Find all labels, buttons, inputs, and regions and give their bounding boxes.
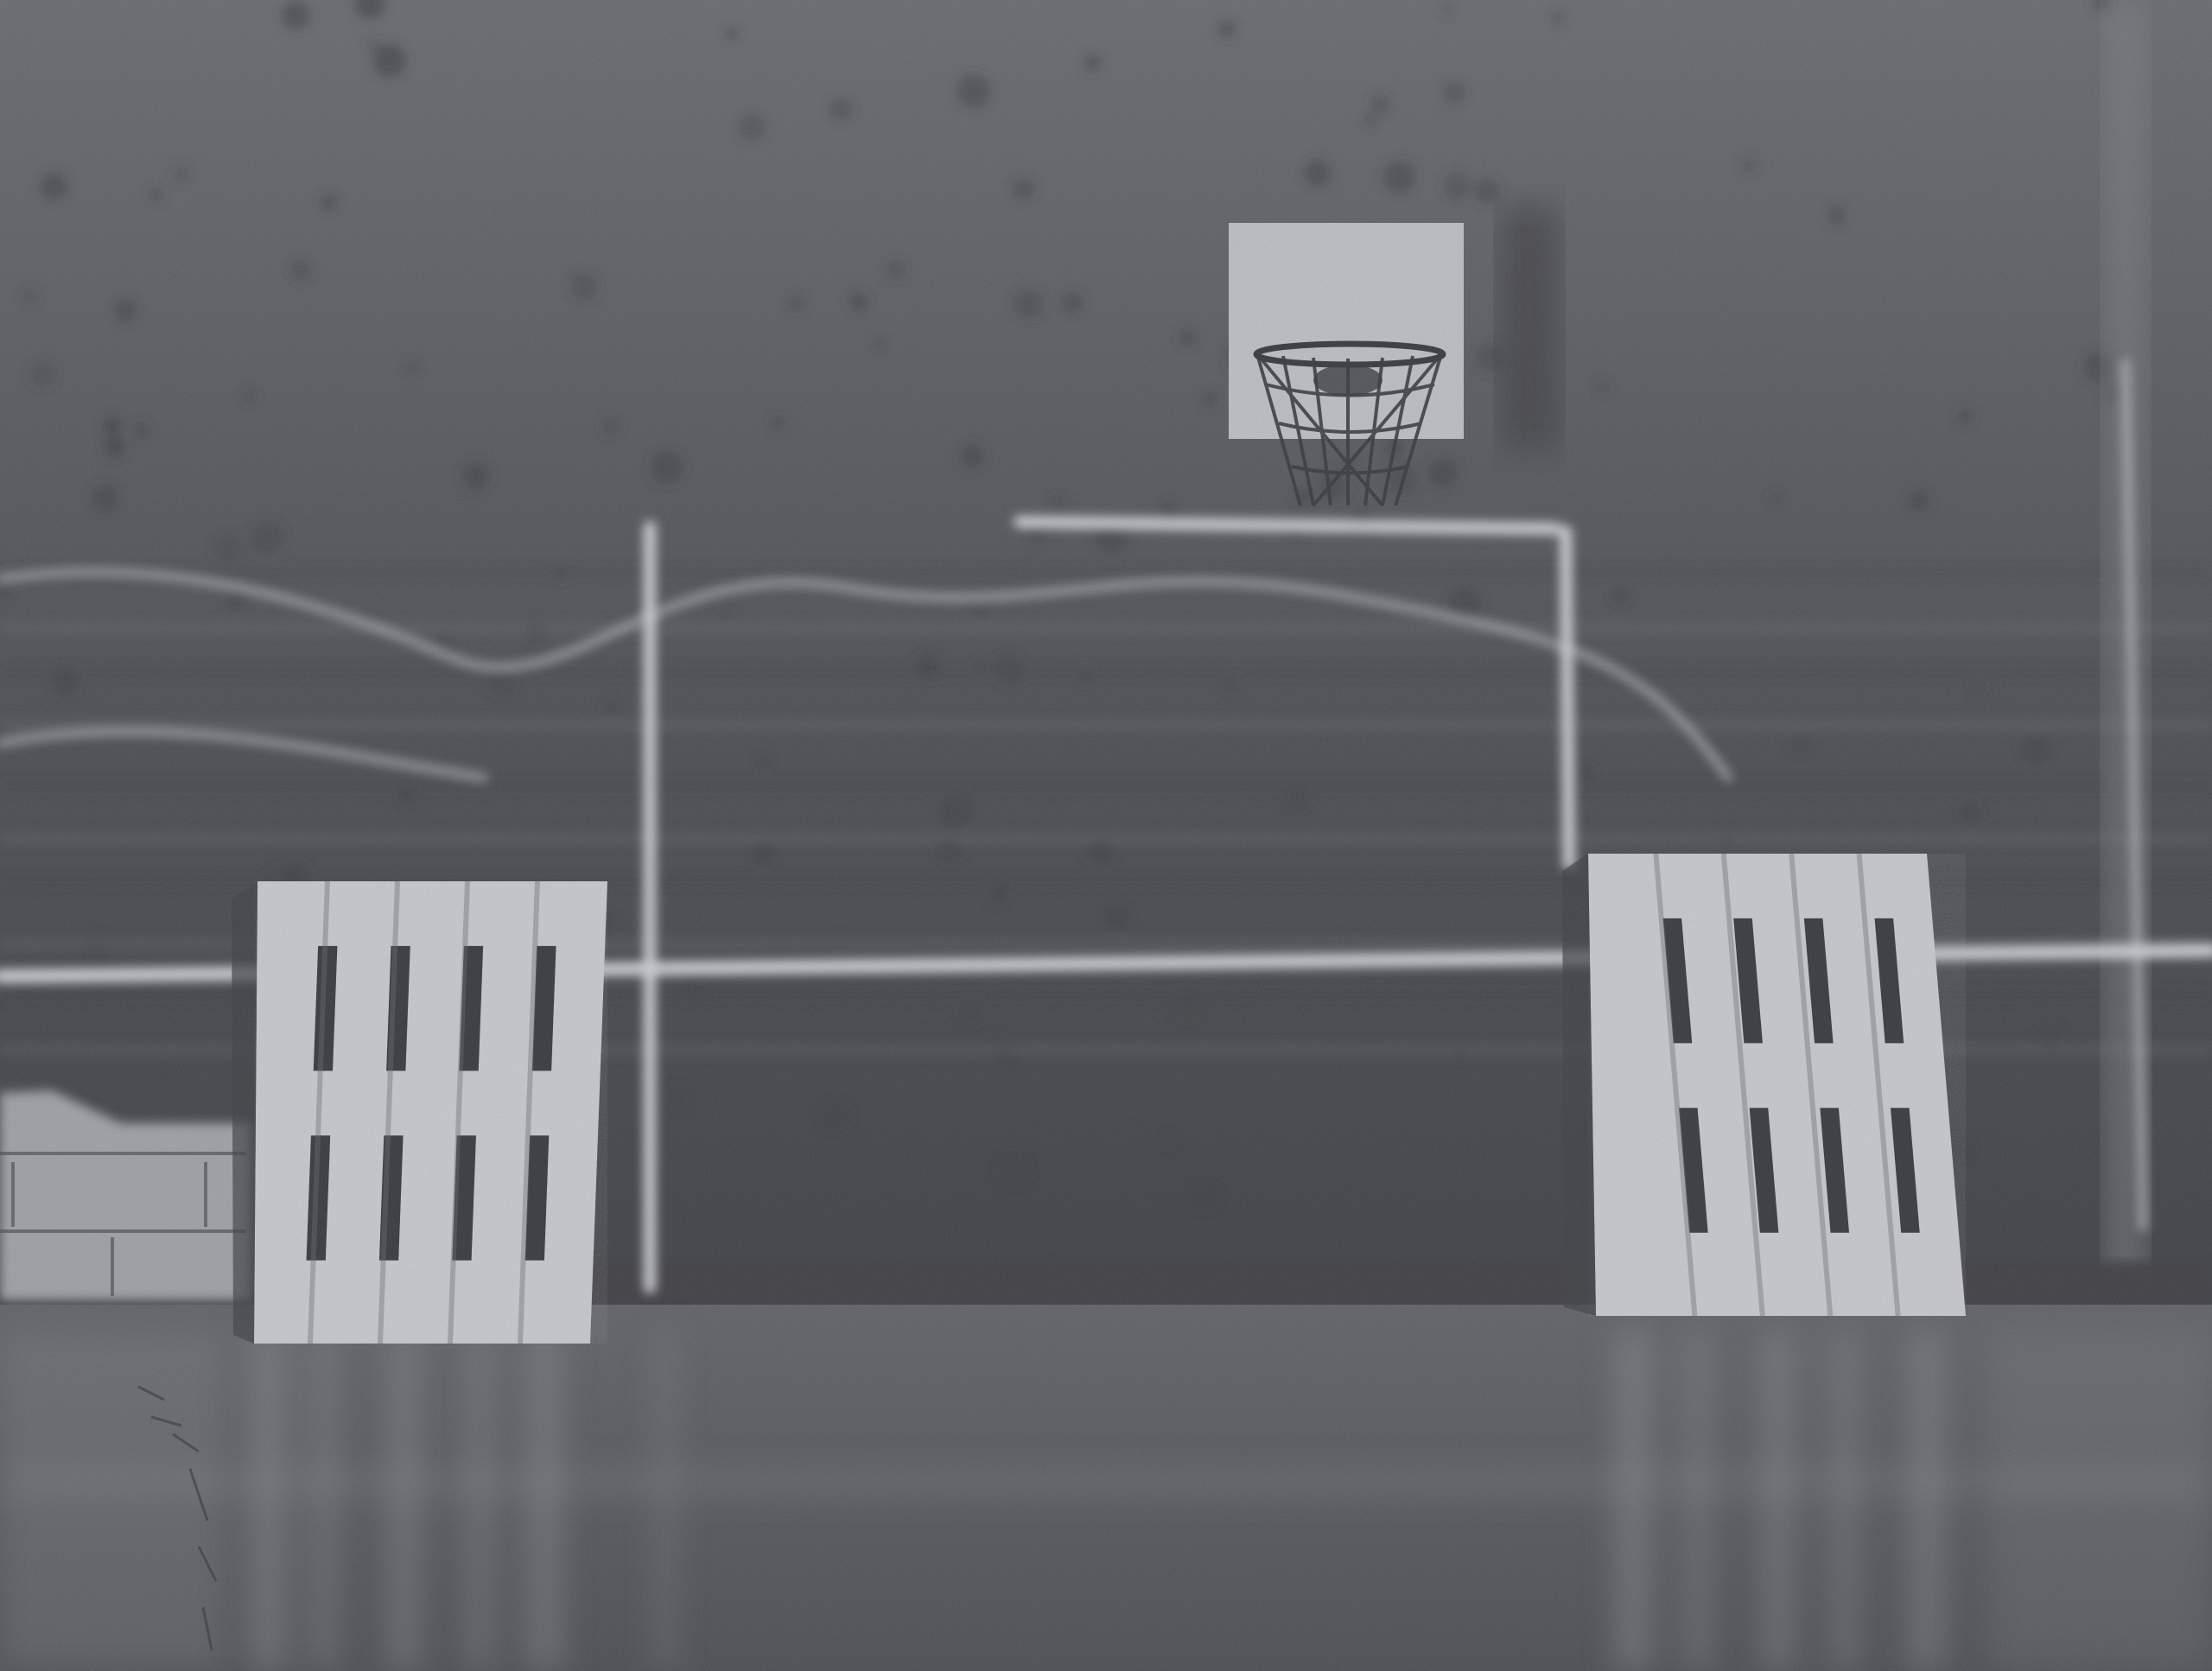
charcoal-drawing (0, 0, 2212, 1671)
drawing-canvas (0, 0, 2212, 1671)
paper-grain (0, 0, 2212, 1671)
